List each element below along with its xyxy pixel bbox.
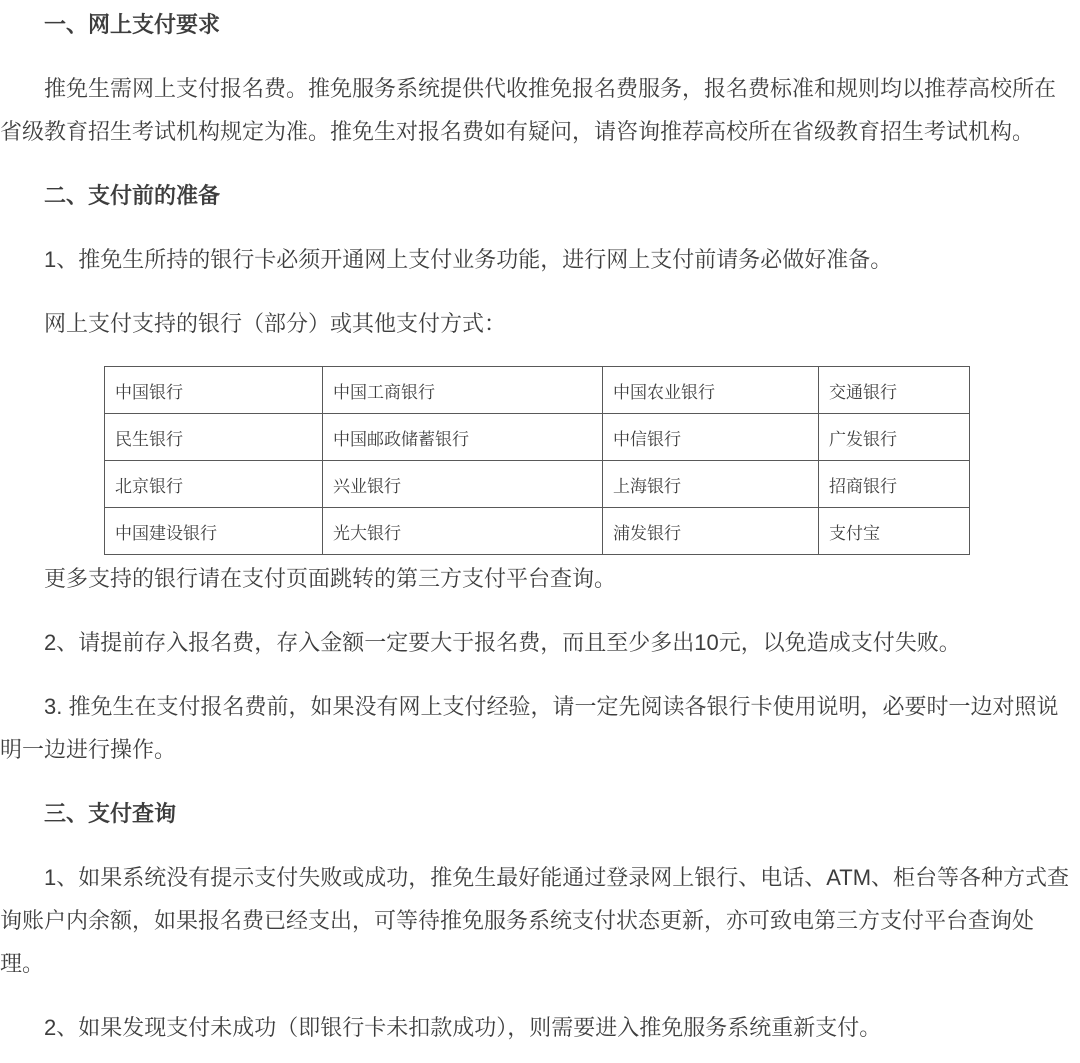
bank-cell: 中国银行 <box>105 367 323 414</box>
bank-cell: 光大银行 <box>323 508 603 555</box>
para-more-banks-note: 更多支持的银行请在支付页面跳转的第三方支付平台查询。 <box>0 557 1080 600</box>
bank-cell: 中信银行 <box>603 414 819 461</box>
bank-table-row: 中国银行 中国工商银行 中国农业银行 交通银行 <box>105 367 970 414</box>
section-heading-payment-query: 三、支付查询 <box>0 792 1080 835</box>
bank-cell: 中国建设银行 <box>105 508 323 555</box>
para-payment-intro: 推免生需网上支付报名费。推免服务系统提供代收推免报名费服务，报名费标准和规则均以… <box>0 67 1080 153</box>
para-repay-if-failed: 2、如果发现支付未成功（即银行卡未扣款成功），则需要进入推免服务系统重新支付。 <box>0 1006 1080 1049</box>
bank-cell: 中国农业银行 <box>603 367 819 414</box>
bank-cell: 广发银行 <box>819 414 970 461</box>
section-heading-preparation-before-payment: 二、支付前的准备 <box>0 174 1080 217</box>
bank-cell: 民生银行 <box>105 414 323 461</box>
bank-cell: 招商银行 <box>819 461 970 508</box>
payment-instructions-document: 一、网上支付要求 推免生需网上支付报名费。推免服务系统提供代收推免报名费服务，报… <box>0 0 1080 1049</box>
para-read-instructions-advice: 3. 推免生在支付报名费前，如果没有网上支付经验，请一定先阅读各银行卡使用说明，… <box>0 685 1080 771</box>
para-supported-banks-intro: 网上支付支持的银行（部分）或其他支付方式： <box>0 302 1080 345</box>
bank-cell: 交通银行 <box>819 367 970 414</box>
para-query-balance: 1、如果系统没有提示支付失败或成功，推免生最好能通过登录网上银行、电话、ATM、… <box>0 856 1080 985</box>
bank-table-row: 北京银行 兴业银行 上海银行 招商银行 <box>105 461 970 508</box>
section-heading-online-payment-requirements: 一、网上支付要求 <box>0 3 1080 46</box>
bank-cell: 兴业银行 <box>323 461 603 508</box>
bank-cell: 中国邮政储蓄银行 <box>323 414 603 461</box>
supported-banks-table: 中国银行 中国工商银行 中国农业银行 交通银行 民生银行 中国邮政储蓄银行 中信… <box>104 366 970 555</box>
para-bank-card-requirement: 1、推免生所持的银行卡必须开通网上支付业务功能，进行网上支付前请务必做好准备。 <box>0 238 1080 281</box>
bank-cell: 北京银行 <box>105 461 323 508</box>
bank-cell: 浦发银行 <box>603 508 819 555</box>
bank-cell: 上海银行 <box>603 461 819 508</box>
bank-cell: 中国工商银行 <box>323 367 603 414</box>
bank-table-row: 中国建设银行 光大银行 浦发银行 支付宝 <box>105 508 970 555</box>
para-deposit-advice: 2、请提前存入报名费，存入金额一定要大于报名费，而且至少多出10元，以免造成支付… <box>0 621 1080 664</box>
bank-table-row: 民生银行 中国邮政储蓄银行 中信银行 广发银行 <box>105 414 970 461</box>
bank-cell: 支付宝 <box>819 508 970 555</box>
